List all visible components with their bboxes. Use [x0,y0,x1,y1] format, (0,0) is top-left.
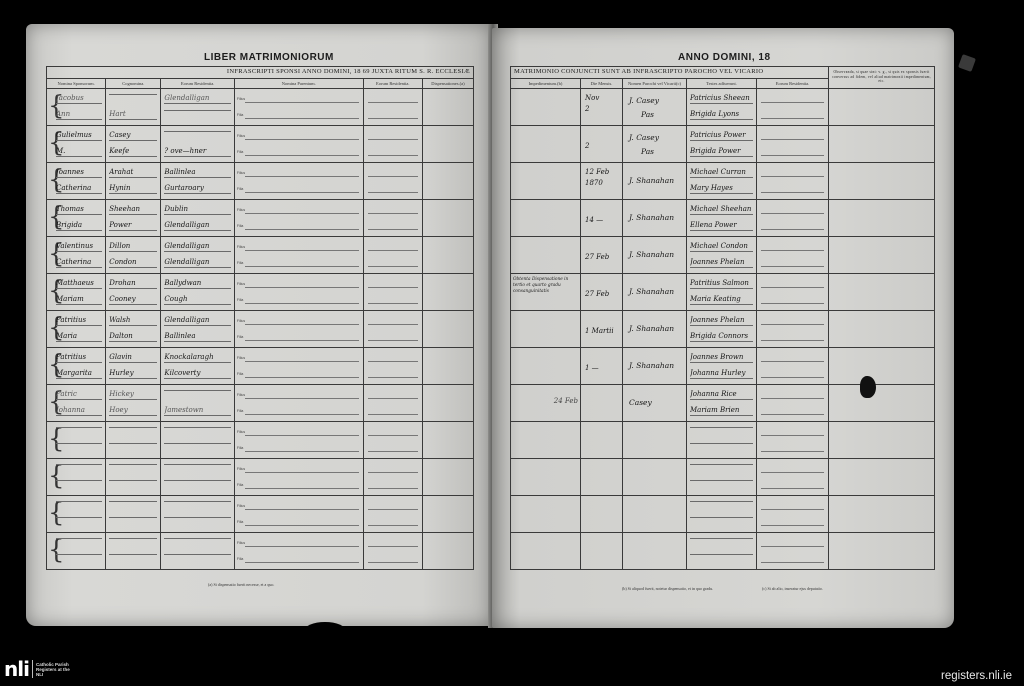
line-rule [245,546,359,547]
right-column-header: Die Mensis. [581,79,623,89]
left-column-header: Dispensationes.(a) [422,79,473,89]
groom-residence: Ballydwan [164,279,231,289]
witness-two: Brigida Connors [690,332,753,342]
bride-name: Catherina [56,184,102,194]
groom-name: Patritius [56,353,102,363]
filius-prefix: Filius [237,319,245,323]
witness-two [690,480,753,481]
line-rule [761,266,824,267]
groom-surname: Casey [109,131,157,141]
line-rule [368,266,418,267]
groom-residence [164,390,231,391]
register-entry-row [511,459,935,496]
witness-one [690,464,753,465]
register-entry-row: Nov2J. CaseyPasPatricius SheeanBrigida L… [511,89,935,126]
bride-name: Mariam [56,295,102,305]
officiating-priest: J. Casey [629,96,659,105]
witness-two [690,443,753,444]
witness-two [690,554,753,555]
footnote-b: (b) Si aliquod fuerit, notetur dispensat… [622,586,713,591]
filia-prefix: Filia [237,372,243,376]
officiating-priest: Casey [629,398,652,407]
line-rule [761,287,824,288]
brace-mark: { [48,500,65,526]
line-rule [761,472,824,473]
line-rule [245,340,359,341]
groom-surname [109,501,157,502]
groom-residence [164,464,231,465]
witness-two: Joannes Phelan [690,258,753,268]
bride-surname [109,517,157,518]
left-column-header: Nomina Parentum. [234,79,363,89]
witness-two: Mary Hayes [690,184,753,194]
brand-divider [32,660,33,678]
register-entry-row [511,496,935,533]
brace-mark: { [48,537,65,563]
marriage-date-day: 2 [585,142,589,150]
marriage-date-day: 2 [585,105,589,113]
filia-prefix: Filia [237,335,243,339]
marriage-date-day: 1870 [585,179,603,187]
line-rule [761,250,824,251]
line-rule [245,525,359,526]
impediment-note: 24 Feb [554,397,578,405]
witness-one: Johanna Rice [690,390,753,400]
left-column-header: Eorum Residentia. [363,79,422,89]
groom-surname: Arahat [109,168,157,178]
groom-surname [109,94,157,95]
line-rule [368,398,418,399]
marriage-date-month: 12 Feb [585,168,609,176]
filia-prefix: Filia [237,150,243,154]
groom-surname: Hickey [109,390,157,400]
register-entry-row: {PatritiusMariaWalshDaltonGlendalliganBa… [47,311,474,348]
register-entry-row [511,422,935,459]
filius-prefix: Filius [237,171,245,175]
line-rule [368,451,418,452]
filius-prefix: Filius [237,467,245,471]
line-rule [368,213,418,214]
line-rule [368,435,418,436]
groom-residence: Glendalligan [164,242,231,252]
marriage-date-day: 27 Feb [585,290,609,298]
groom-name: Jacobus [56,94,102,104]
register-entry-row [511,533,935,570]
groom-surname: Glavin [109,353,157,363]
officiating-priest: J. Shanahan [629,250,674,259]
witness-one: Michael Condon [690,242,753,252]
bride-residence: Gurtaroary [164,184,231,194]
bride-residence [164,110,231,111]
line-rule [245,324,359,325]
filius-prefix: Filius [237,393,245,397]
bride-name [56,480,102,481]
bride-residence: Jamestown [164,406,231,416]
line-rule [368,229,418,230]
line-rule [368,414,418,415]
filia-prefix: Filia [237,557,243,561]
bride-name [56,554,102,555]
line-rule [368,176,418,177]
line-rule [245,102,359,103]
line-rule [761,414,824,415]
groom-residence: Ballinlea [164,168,231,178]
line-rule [245,139,359,140]
witness-two: Johanna Hurley [690,369,753,379]
officiating-priest: J. Casey [629,133,659,142]
filia-prefix: Filia [237,224,243,228]
right-column-header: Testes adfuerunt. [687,79,757,89]
register-image-viewer[interactable]: LIBER MATRIMONIORUM INFRASCRIPTI SPONSI … [0,0,1024,686]
bride-surname: Keefe [109,147,157,157]
filius-prefix: Filius [237,208,245,212]
bride-name: Ann [56,110,102,120]
line-rule [761,192,824,193]
ink-stain [860,376,876,398]
bride-name [56,517,102,518]
line-rule [368,287,418,288]
right-page: ANNO DOMINI, 18 MATRIMONIO CONJUNCTI SUN… [492,28,954,628]
groom-name: Joannes [56,168,102,178]
groom-residence [164,538,231,539]
register-entry-row: {MatthaeusMariamDrohanCooneyBallydwanCou… [47,274,474,311]
groom-name [56,501,102,502]
line-rule [761,176,824,177]
line-rule [761,525,824,526]
line-rule [761,562,824,563]
witness-two: Maria Keating [690,295,753,305]
line-rule [245,229,359,230]
register-entry-row: 12 Feb1870J. ShanahanMichael CurranMary … [511,163,935,200]
register-entry-row: 14 —J. ShanahanMichael SheehanEllena Pow… [511,200,935,237]
officiating-priest: J. Shanahan [629,324,674,333]
line-rule [761,451,824,452]
priest-title: Pas [641,110,654,119]
groom-surname: Walsh [109,316,157,326]
groom-residence [164,501,231,502]
witness-one: Michael Curran [690,168,753,178]
line-rule [245,266,359,267]
line-rule [761,324,824,325]
witness-two: Brigida Power [690,147,753,157]
register-entry-row: {ValentinusCatherinaDillonCondonGlendall… [47,237,474,274]
left-column-header: Eorum Residentia. [161,79,235,89]
bride-surname: Hynin [109,184,157,194]
line-rule [245,398,359,399]
bride-residence [164,517,231,518]
line-rule [368,509,418,510]
witness-one: Joannes Phelan [690,316,753,326]
right-column-header: Nomen Parochi vel Vicarii(c) [623,79,687,89]
line-rule [761,213,824,214]
thumb-shadow [304,622,346,640]
line-rule [761,361,824,362]
filia-prefix: Filia [237,113,243,117]
line-rule [245,361,359,362]
bride-residence: Glendalligan [164,221,231,231]
line-rule [368,118,418,119]
line-rule [368,192,418,193]
right-banner: MATRIMONIO CONJUNCTI SUNT AB INFRASCRIPT… [511,67,829,79]
priest-title: Pas [641,147,654,156]
marriage-register-table-right: MATRIMONIO CONJUNCTI SUNT AB INFRASCRIPT… [510,66,935,570]
filius-prefix: Filius [237,245,245,249]
filius-prefix: Filius [237,504,245,508]
bride-surname: Hart [109,110,157,120]
bride-residence: Glendalligan [164,258,231,268]
left-banner: INFRASCRIPTI SPONSI ANNO DOMINI, 18 69 J… [47,67,474,79]
right-page-title: ANNO DOMINI, 18 [678,52,771,63]
witness-one [690,427,753,428]
line-rule [761,509,824,510]
impediment-note: Obtenta Dispensatione in tertio et quart… [513,277,578,295]
bride-surname: Dalton [109,332,157,342]
register-entry-row: {FiliusFilia [47,459,474,496]
groom-name [56,464,102,465]
right-column-header: Impedimentum.(b) [511,79,581,89]
right-column-header: Eorum Residentia. [757,79,829,89]
line-rule [245,377,359,378]
left-page-title: LIBER MATRIMONIORUM [204,52,334,63]
bride-name: Johanna [56,406,102,416]
line-rule [245,509,359,510]
bride-name: Brigida [56,221,102,231]
line-rule [761,398,824,399]
bride-surname [109,554,157,555]
filia-prefix: Filia [237,261,243,265]
bride-residence [164,480,231,481]
filia-prefix: Filia [237,446,243,450]
officiating-priest: J. Shanahan [629,176,674,185]
witness-one: Michael Sheehan [690,205,753,215]
bride-residence [164,554,231,555]
line-rule [761,139,824,140]
officiating-priest: J. Shanahan [629,361,674,370]
bride-surname: Power [109,221,157,231]
register-entry-row: 2J. CaseyPasPatricius PowerBrigida Power [511,126,935,163]
register-entry-row: {GulielmusM.CaseyKeefe? ove—hnerFiliusFi… [47,126,474,163]
line-rule [368,139,418,140]
line-rule [368,155,418,156]
page-clip [958,54,976,72]
filius-prefix: Filius [237,282,245,286]
filius-prefix: Filius [237,97,245,101]
line-rule [245,155,359,156]
bride-residence: ? ove—hner [164,147,231,157]
bride-name: Catherina [56,258,102,268]
left-column-header: Nomina Sponsorum. [47,79,106,89]
line-rule [245,451,359,452]
bride-surname: Hoey [109,406,157,416]
marriage-date-day: 14 — [585,216,603,224]
witness-one [690,538,753,539]
line-rule [245,118,359,119]
register-entry-row: {FiliusFilia [47,422,474,459]
register-entry-row: {PatritiusMargaritaGlavinHurleyKnockalar… [47,348,474,385]
line-rule [245,287,359,288]
witness-two: Mariam Brien [690,406,753,416]
line-rule [245,213,359,214]
marriage-date-day: 1 — [585,364,599,372]
bride-surname: Cooney [109,295,157,305]
nli-logo-mark: nli [4,659,29,679]
groom-surname: Drohan [109,279,157,289]
register-entry-row: Obtenta Dispensatione in tertio et quart… [511,274,935,311]
line-rule [368,361,418,362]
groom-name: Thomas [56,205,102,215]
bride-surname [109,480,157,481]
witness-two [690,517,753,518]
filia-prefix: Filia [237,298,243,302]
registers-site-link[interactable]: registers.nli.ie [941,670,1012,682]
marriage-date-month: Nov [585,94,599,102]
line-rule [368,250,418,251]
groom-surname: Dillon [109,242,157,252]
filius-prefix: Filius [237,134,245,138]
bride-surname: Condon [109,258,157,268]
line-rule [368,525,418,526]
line-rule [761,546,824,547]
bride-name [56,443,102,444]
line-rule [368,303,418,304]
observanda-header: Observanda, si quae sint: v. g., si quis… [829,67,935,89]
filia-prefix: Filia [237,520,243,524]
brand-caption: Catholic Parish Registers at the NLI [36,662,72,677]
register-book-scan: LIBER MATRIMONIORUM INFRASCRIPTI SPONSI … [22,18,960,632]
line-rule [761,102,824,103]
register-entry-row: 1 MartiiJ. ShanahanJoannes PhelanBrigida… [511,311,935,348]
officiating-priest: J. Shanahan [629,287,674,296]
line-rule [761,155,824,156]
bride-surname [109,443,157,444]
groom-name [56,538,102,539]
marriage-register-table-left: INFRASCRIPTI SPONSI ANNO DOMINI, 18 69 J… [46,66,474,570]
line-rule [245,435,359,436]
line-rule [245,414,359,415]
line-rule [245,472,359,473]
bride-surname: Hurley [109,369,157,379]
line-rule [245,250,359,251]
groom-residence: Dublin [164,205,231,215]
groom-name: Patric [56,390,102,400]
line-rule [368,562,418,563]
brace-mark: { [48,426,65,452]
line-rule [761,303,824,304]
left-page: LIBER MATRIMONIORUM INFRASCRIPTI SPONSI … [26,24,492,626]
line-rule [368,340,418,341]
line-rule [245,488,359,489]
witness-two: Brigida Lyons [690,110,753,120]
line-rule [245,562,359,563]
register-entry-row: {FiliusFilia [47,496,474,533]
marriage-date-day: 1 Martii [585,327,614,335]
bride-name: M. [56,147,102,157]
line-rule [368,377,418,378]
groom-residence [164,131,231,132]
register-entry-row: {JoannesCatherinaArahatHyninBallinleaGur… [47,163,474,200]
line-rule [761,377,824,378]
register-entry-row: 27 FebJ. ShanahanMichael CondonJoannes P… [511,237,935,274]
witness-two: Ellena Power [690,221,753,231]
groom-surname [109,464,157,465]
witness-one [690,501,753,502]
register-entry-row: {ThomasBrigidaSheehanPowerDublinGlendall… [47,200,474,237]
filia-prefix: Filia [237,483,243,487]
line-rule [245,176,359,177]
footnote-a: (a) Si dispensatio fuerit necesse, et a … [208,582,274,587]
groom-name: Gulielmus [56,131,102,141]
groom-surname: Sheehan [109,205,157,215]
filius-prefix: Filius [237,356,245,360]
filia-prefix: Filia [237,187,243,191]
bride-residence: Cough [164,295,231,305]
groom-residence [164,427,231,428]
filius-prefix: Filius [237,430,245,434]
line-rule [368,472,418,473]
groom-residence: Glendalligan [164,316,231,326]
line-rule [761,435,824,436]
bride-residence: Ballinlea [164,332,231,342]
filia-prefix: Filia [237,409,243,413]
line-rule [245,303,359,304]
footnote-c: (c) Si ab alio, inseratur ejus deputatio… [762,586,823,591]
line-rule [368,102,418,103]
bride-residence: Kilcoverty [164,369,231,379]
groom-name: Matthaeus [56,279,102,289]
officiating-priest: J. Shanahan [629,213,674,222]
line-rule [761,340,824,341]
line-rule [368,546,418,547]
brace-mark: { [48,463,65,489]
groom-name: Patritius [56,316,102,326]
witness-one: Patritius Salmon [690,279,753,289]
line-rule [368,324,418,325]
groom-surname [109,538,157,539]
register-entry-row: {JacobusAnnHartGlendalliganFiliusFilia [47,89,474,126]
groom-name: Valentinus [56,242,102,252]
groom-surname [109,427,157,428]
groom-residence: Glendalligan [164,94,231,104]
marriage-date-day: 27 Feb [585,253,609,261]
line-rule [368,488,418,489]
bride-name: Maria [56,332,102,342]
nli-brand-logo[interactable]: nli Catholic Parish Registers at the NLI [4,659,72,679]
groom-name [56,427,102,428]
left-column-header: Cognomina. [106,79,161,89]
line-rule [761,229,824,230]
filius-prefix: Filius [237,541,245,545]
bride-residence [164,443,231,444]
witness-one: Patricius Sheean [690,94,753,104]
bride-name: Margarita [56,369,102,379]
groom-residence: Knockalaragh [164,353,231,363]
line-rule [761,118,824,119]
register-entry-row: {FiliusFilia [47,533,474,570]
witness-one: Patricius Power [690,131,753,141]
line-rule [245,192,359,193]
register-entry-row: {PatricJohannaHickeyHoeyJamestownFiliusF… [47,385,474,422]
line-rule [761,488,824,489]
witness-one: Joannes Brown [690,353,753,363]
